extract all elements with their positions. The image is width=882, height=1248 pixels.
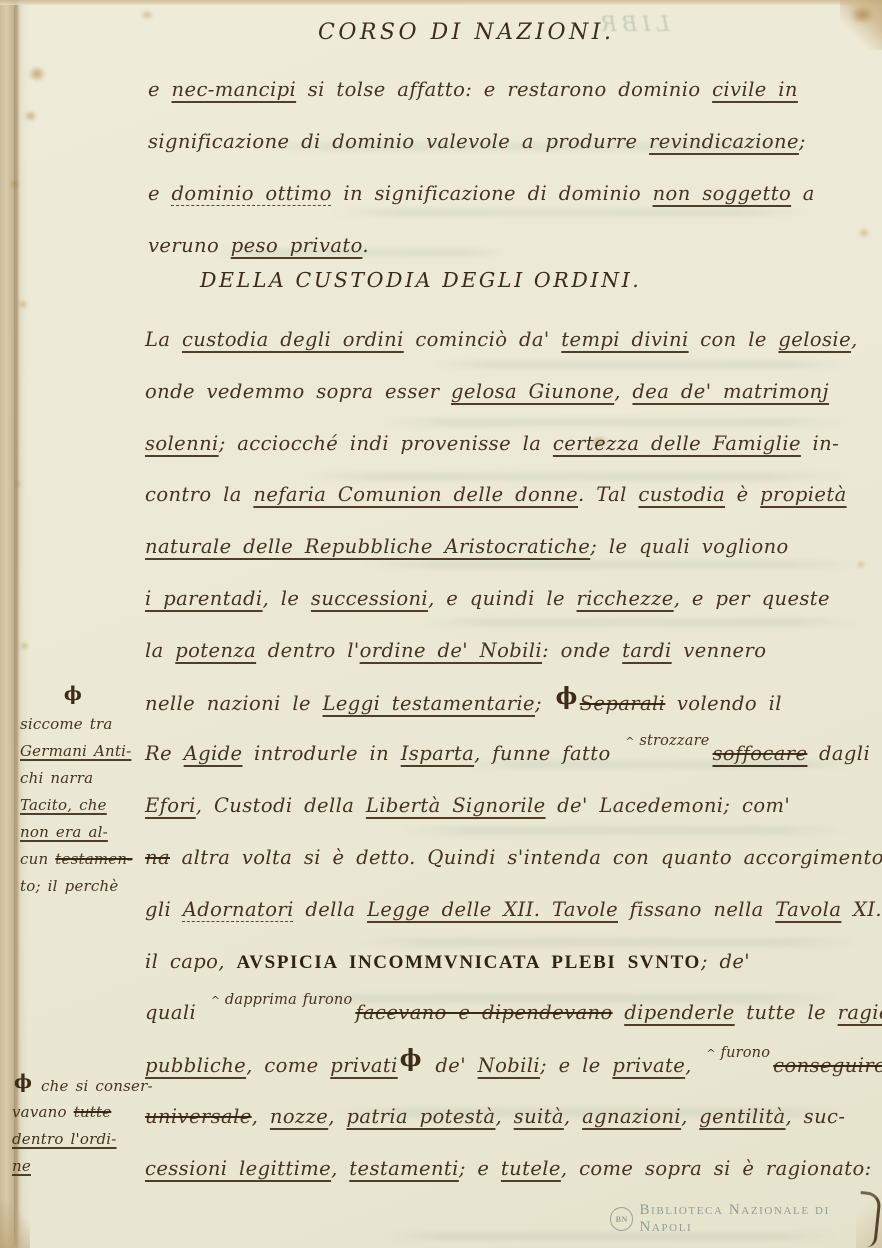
underlined-term: private — [612, 1054, 685, 1077]
manuscript-line: Germani Anti- — [20, 738, 144, 765]
text-segment: a — [791, 182, 815, 205]
foxing-spot — [28, 66, 46, 82]
underlined-term: testamenti — [349, 1157, 459, 1180]
underlined-term: Agide — [184, 742, 243, 765]
foxing-spot — [140, 10, 154, 20]
manuscript-line: e nec-mancipi si tolse affatto: e restar… — [148, 64, 864, 116]
manuscript-line: siccome tra — [20, 711, 144, 738]
manuscript-line: vavano tutte — [12, 1099, 144, 1126]
library-seal-icon: BN — [610, 1207, 633, 1231]
insertion-mark-icon: ϕ — [14, 1069, 32, 1096]
text-segment: significazione di dominio valevole a pro… — [148, 130, 649, 153]
manuscript-line: i parentadi, le successioni, e quindi le… — [145, 573, 867, 625]
struck-corrected-text: soffocare — [712, 742, 807, 765]
text-segment: in- — [801, 432, 839, 455]
underlined-term: nozze — [270, 1105, 328, 1128]
struck-text: universale — [145, 1105, 252, 1128]
underlined-term: nefaria Comunion delle donne — [253, 483, 578, 506]
insertion-mark-icon: ϕ — [64, 681, 82, 708]
underlined-term: suità — [514, 1105, 564, 1128]
page-corner-bottom-left — [0, 1200, 30, 1248]
text-segment: , — [495, 1105, 513, 1128]
underlined-term: ragioni civili — [838, 1001, 882, 1024]
text-segment: chi narra — [20, 769, 93, 787]
manuscript-line: pubbliche, come privatiϕ de' Nobili; e l… — [145, 1039, 867, 1091]
manuscript-line: ϕ — [20, 684, 144, 711]
underlined-term: Nobili — [478, 1054, 540, 1077]
text-segment: : onde — [542, 639, 622, 662]
page-corner-top-right — [840, 0, 882, 50]
text-segment: XI. — [841, 898, 882, 921]
manuscript-line: ne — [12, 1153, 144, 1180]
manuscript-line: chi narra — [20, 765, 144, 792]
interlinear-insertion: dapprima furono — [211, 975, 353, 1027]
manuscript-line: cessioni legittime, testamenti; e tutele… — [145, 1143, 867, 1195]
text-segment: , come sopra si è ragionato: — [561, 1157, 872, 1180]
foxing-spot — [18, 300, 28, 309]
book-gutter-edge — [0, 0, 14, 1248]
underlined-term: custodia degli ordini — [182, 328, 404, 351]
margin-note-2: ϕ che si conser-vavano tuttedentro l'ord… — [12, 1072, 144, 1180]
text-segment: de' — [424, 1054, 478, 1077]
manuscript-line: solenni; acciocché indi provenisse la ce… — [145, 418, 867, 470]
text-segment: Re — [145, 742, 184, 765]
text-segment: cominciò da' — [404, 328, 562, 351]
underlined-term: dentro l'ordi- — [12, 1130, 117, 1148]
text-segment: gli — [145, 898, 183, 921]
text-segment: , come — [246, 1054, 330, 1077]
underlined-term: nec-mancipi — [172, 78, 297, 101]
underlined-term: dipenderle — [624, 1001, 734, 1024]
text-segment: con le — [689, 328, 779, 351]
intro-paragraph: e nec-mancipi si tolse affatto: e restar… — [148, 64, 864, 272]
underlined-term: patria potestà — [346, 1105, 495, 1128]
underlined-term: i parentadi — [145, 587, 263, 610]
text-segment: de' Lacedemoni; com' — [546, 794, 791, 817]
text-segment: La — [145, 328, 182, 351]
text-segment: , — [252, 1105, 270, 1128]
underlined-term: Isparta — [401, 742, 474, 765]
body-paragraph: La custodia degli ordini cominciò da' te… — [145, 314, 867, 1195]
underlined-term: non soggetto — [653, 182, 792, 205]
text-segment: , Custodi della — [196, 794, 366, 817]
underlined-term: civile in — [712, 78, 798, 101]
manuscript-line: to; il perchè — [20, 873, 144, 900]
underlined-term: propietà — [760, 483, 846, 506]
struck-text: conseguirono — [773, 1054, 882, 1077]
underlined-term: Tavola — [775, 898, 841, 921]
manuscript-line: La custodia degli ordini cominciò da' te… — [145, 314, 867, 366]
text-segment: vennero — [672, 639, 767, 662]
text-segment: to; il perchè — [20, 877, 118, 895]
underlined-term: privati — [330, 1054, 398, 1077]
library-stamp-label: Biblioteca Nazionale di Napoli — [639, 1202, 882, 1236]
text-segment: , — [564, 1105, 582, 1128]
text-segment: , — [328, 1105, 346, 1128]
text-segment: e — [148, 182, 172, 205]
printed-caps-text: AVSPICIA INCOMMVNICATA PLEBI SVNTO — [236, 952, 700, 973]
manuscript-line: cun testamen- — [20, 846, 144, 873]
manuscript-line: Efori, Custodi della Libertà Signorile d… — [145, 780, 867, 832]
page-top-edge — [0, 0, 882, 5]
text-segment: ; — [799, 130, 806, 153]
text-segment: ; — [535, 692, 554, 715]
struck-text: tutte — [74, 1103, 112, 1121]
manuscript-line: onde vedemmo sopra esser gelosa Giunone,… — [145, 366, 867, 418]
underlined-term: gentilità — [699, 1105, 785, 1128]
underlined-term: dea de' matrimonj — [632, 380, 829, 403]
text-segment: dagli — [807, 742, 870, 765]
manuscript-line: e dominio ottimo in significazione di do… — [148, 168, 864, 220]
text-segment: in significazione di dominio — [332, 182, 653, 205]
interlinear-insertion: strozzare — [625, 716, 709, 768]
manuscript-line: non era al- — [20, 819, 144, 846]
text-segment: , le — [263, 587, 311, 610]
insertion-mark-icon: ϕ — [556, 671, 578, 723]
manuscript-line: gli Adornatori della Legge delle XII. Ta… — [145, 884, 867, 936]
text-segment: , e quindi le — [428, 587, 576, 610]
text-segment: e — [148, 78, 172, 101]
foxing-spot — [24, 110, 37, 122]
manuscript-line: dentro l'ordi- — [12, 1126, 144, 1153]
struck-text: Separali — [580, 692, 666, 715]
foxing-spot — [20, 642, 29, 650]
struck-text: na — [145, 846, 170, 869]
underlined-term: successioni — [311, 587, 428, 610]
underlined-term: potenza — [175, 639, 256, 662]
underlined-term: dominio ottimo — [172, 182, 332, 205]
underlined-term: non era al- — [20, 823, 108, 841]
manuscript-line: la potenza dentro l'ordine de' Nobili: o… — [145, 625, 867, 677]
underlined-term: certezza delle Famiglie — [553, 432, 801, 455]
underlined-term: Germani Anti- — [20, 742, 131, 760]
text-segment — [613, 1001, 625, 1024]
text-segment: contro la — [145, 483, 253, 506]
text-segment: , suc- — [785, 1105, 845, 1128]
underlined-term: peso privato — [231, 234, 363, 257]
text-segment: , — [614, 380, 632, 403]
text-segment: , — [331, 1157, 349, 1180]
margin-note-1: ϕsiccome traGermani Anti-chi narraTacito… — [20, 684, 144, 900]
manuscript-line: Tacito, che — [20, 792, 144, 819]
manuscript-line: significazione di dominio valevole a pro… — [148, 116, 864, 168]
underlined-term: solenni — [145, 432, 219, 455]
struck-text: testamen- — [55, 850, 132, 868]
underlined-term: Libertà Signorile — [366, 794, 546, 817]
text-segment: siccome tra — [20, 715, 113, 733]
page-title: CORSO DI NAZIONI. — [318, 20, 614, 45]
page-crease — [15, 0, 18, 1248]
underlined-term: gelosie — [778, 328, 851, 351]
interlinear-insertion: furono — [706, 1028, 770, 1080]
manuscript-page: LIBR CORSO DI NAZIONI. e nec-mancipi si … — [0, 0, 882, 1248]
underlined-term: Efori — [145, 794, 196, 817]
text-segment: , — [851, 328, 858, 351]
text-segment: cun — [20, 850, 55, 868]
text-segment: onde vedemmo sopra esser — [145, 380, 451, 403]
underlined-term: tardi — [622, 639, 672, 662]
text-segment: si tolse affatto: e restarono dominio — [296, 78, 712, 101]
manuscript-line: ϕ che si conser- — [12, 1072, 144, 1099]
text-segment: vavano — [12, 1103, 74, 1121]
underlined-term: custodia — [638, 483, 725, 506]
text-segment: che si conser- — [34, 1077, 153, 1095]
text-segment: ; le quali vogliono — [590, 535, 788, 558]
text-segment: , e per queste — [674, 587, 830, 610]
text-segment: . Tal — [578, 483, 638, 506]
text-segment: la — [145, 639, 175, 662]
underlined-term: ne — [12, 1157, 31, 1175]
library-stamp: BN Biblioteca Nazionale di Napoli — [610, 1202, 882, 1236]
underlined-term: revindicazione — [649, 130, 799, 153]
underlined-term: naturale delle Repubbliche Aristocratich… — [145, 535, 590, 558]
text-segment: della — [294, 898, 367, 921]
text-segment: , — [681, 1105, 699, 1128]
text-segment: . — [362, 234, 369, 257]
text-segment: introdurle in — [242, 742, 400, 765]
text-segment: fissano nella — [618, 898, 775, 921]
section-heading: DELLA CUSTODIA DEGLI ORDINI. — [200, 268, 641, 292]
text-segment: quali — [145, 1001, 208, 1024]
text-segment: ; acciocché indi provenisse la — [219, 432, 553, 455]
text-segment: ; de' — [701, 950, 750, 973]
underlined-term: tutele — [501, 1157, 561, 1180]
manuscript-line: Re Agide introdurle in Isparta, funne fa… — [145, 728, 867, 780]
text-segment: tutte le — [735, 1001, 838, 1024]
manuscript-line: naturale delle Repubbliche Aristocratich… — [145, 521, 867, 573]
struck-text: facevano e dipendevano — [355, 1001, 612, 1024]
text-segment: , — [685, 1054, 703, 1077]
text-segment: volendo il — [665, 692, 782, 715]
underlined-term: cessioni legittime — [145, 1157, 331, 1180]
underlined-term: tempi divini — [561, 328, 688, 351]
text-segment — [20, 689, 62, 707]
text-segment: veruno — [148, 234, 231, 257]
manuscript-line: veruno peso privato. — [148, 220, 864, 272]
underlined-term: agnazioni — [582, 1105, 681, 1128]
text-segment: ; e le — [540, 1054, 612, 1077]
text-segment: il capo, — [145, 950, 236, 973]
text-segment: altra volta si è detto. Quindi s'intenda… — [170, 846, 882, 869]
text-segment: ; e — [459, 1157, 501, 1180]
text-segment: è — [725, 483, 760, 506]
text-segment: dentro l' — [256, 639, 359, 662]
underlined-term: Tacito, che — [20, 796, 107, 814]
underlined-term: Legge delle XII. Tavole — [367, 898, 618, 921]
underlined-term: Adornatori — [183, 898, 294, 921]
underlined-term: pubbliche — [145, 1054, 246, 1077]
text-segment: , funne fatto — [474, 742, 622, 765]
manuscript-line: contro la nefaria Comunion delle donne. … — [145, 469, 867, 521]
underlined-term: ricchezze — [577, 587, 674, 610]
underlined-term: gelosa Giunone — [451, 380, 614, 403]
manuscript-line: universale, nozze, patria potestà, suità… — [145, 1091, 867, 1143]
text-segment: nelle nazioni le — [145, 692, 323, 715]
insertion-mark-icon: ϕ — [400, 1033, 422, 1085]
underlined-term: Leggi testamentarie — [323, 692, 536, 715]
manuscript-line: nelle nazioni le Leggi testamentarie; ϕS… — [145, 677, 867, 729]
underlined-term: ordine de' Nobili — [360, 639, 542, 662]
manuscript-line: na altra volta si è detto. Quindi s'inte… — [145, 832, 867, 884]
